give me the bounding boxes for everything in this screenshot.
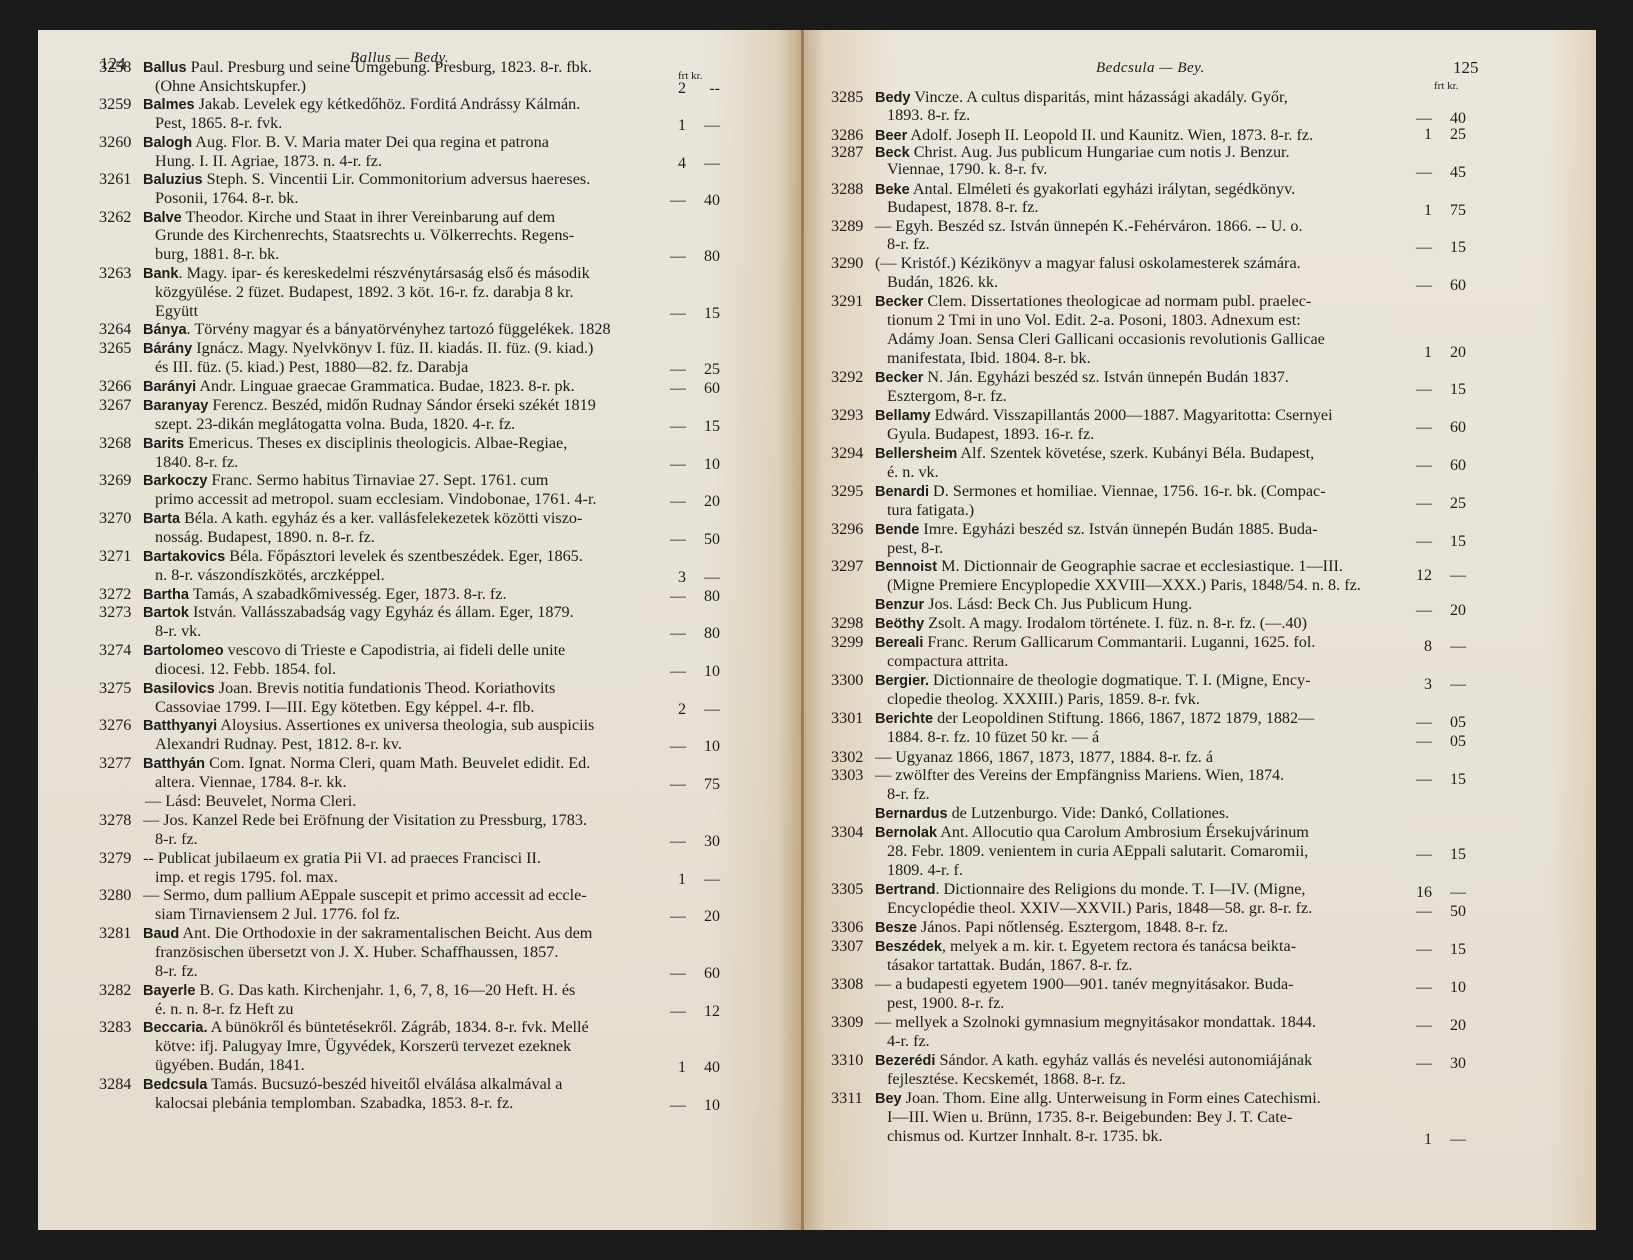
entry-text: imp. et regis 1795. fol. max. xyxy=(155,868,338,886)
price-entry: 1— xyxy=(660,117,720,135)
entry-text: siam Tirnaviensem 2 Jul. 1776. fol fz. xyxy=(155,905,400,923)
price-entry: —10 xyxy=(660,1097,720,1115)
entry-line: 3305Bertrand. Dictionnaire des Religions… xyxy=(831,880,1305,899)
entry-line: 3307Beszédek, melyek a m. kir. t. Egyete… xyxy=(831,937,1296,956)
entry-heading: Balogh xyxy=(143,135,192,151)
entry-heading: Beszédek xyxy=(875,939,942,955)
entry-heading: Bartakovics xyxy=(143,549,225,565)
price-krajcar: 25 xyxy=(1432,126,1466,144)
entry-heading: Bey xyxy=(875,1091,902,1107)
entry-text: de Lutzenburgo. Vide: Dankó, Collationes… xyxy=(948,804,1230,822)
entry-text: A bünökről és büntetésekről. Zágráb, 183… xyxy=(208,1018,589,1036)
entry-heading: Bedcsula xyxy=(143,1077,207,1093)
entry-text: kalocsai plebánia templomban. Szabadka, … xyxy=(155,1094,513,1112)
entry-text: Edwárd. Visszapillantás 2000—1887. Magya… xyxy=(931,406,1333,424)
entry-number: 3272 xyxy=(99,585,143,603)
entry-heading: Batthyanyi xyxy=(143,718,217,734)
entry-continuation: tura fatigata.) xyxy=(887,501,974,519)
entry-continuation: Posonii, 1764. 8-r. bk. xyxy=(155,189,298,207)
entry-text: chismus od. Kurtzer Innhalt. 8-r. 1735. … xyxy=(887,1127,1163,1145)
entry-line: 3259Balmes Jakab. Levelek egy kétkedőhöz… xyxy=(99,95,580,114)
entry-heading: Berichte xyxy=(875,711,933,727)
entry-line: 3296Bende Imre. Egyházi beszéd sz. Istvá… xyxy=(831,520,1318,539)
entry-line: 3311Bey Joan. Thom. Eine allg. Unterweis… xyxy=(831,1089,1321,1108)
price-entry: 8— xyxy=(1406,638,1466,656)
price-forint: — xyxy=(1406,903,1432,921)
entry-line: 3274Bartolomeo vescovo di Trieste e Capo… xyxy=(99,641,565,660)
entry-continuation: I—III. Wien u. Brünn, 1735. 8-r. Beigebu… xyxy=(887,1108,1292,1126)
price-forint: — xyxy=(1406,1055,1432,1073)
entry-heading: Bank xyxy=(143,266,178,282)
price-forint: — xyxy=(660,588,686,606)
left-page: 124 Ballus — Bedy. frt kr. 3258Ballus Pa… xyxy=(38,30,801,1230)
entry-line: 3260Balogh Aug. Flor. B. V. Maria mater … xyxy=(99,133,549,152)
price-entry: —15 xyxy=(1406,771,1466,789)
price-entry: 120 xyxy=(1406,344,1466,362)
entry-number: 3295 xyxy=(831,482,875,500)
entry-continuation: Viennae, 1790. k. 8-r. fv. xyxy=(887,160,1047,178)
price-krajcar: 45 xyxy=(1432,164,1466,182)
price-krajcar: 15 xyxy=(686,305,720,323)
entry-text: (Ohne Ansichtskupfer.) xyxy=(155,77,306,95)
entry-text: primo accessit ad metropol. suam ecclesi… xyxy=(155,490,597,508)
book-gutter xyxy=(801,30,804,1230)
entry-heading: Beer xyxy=(875,128,907,144)
entry-continuation: siam Tirnaviensem 2 Jul. 1776. fol fz. xyxy=(155,905,400,923)
price-entry: —25 xyxy=(1406,495,1466,513)
entry-continuation: — Lásd: Beuvelet, Norma Cleri. xyxy=(145,792,356,810)
entry-number: 3258 xyxy=(99,58,143,76)
price-krajcar: 10 xyxy=(686,738,720,756)
entry-line: 3273Bartok István. Vallásszabadság vagy … xyxy=(99,603,574,622)
price-entry: 2-- xyxy=(660,80,720,98)
entry-continuation: Benzur Jos. Lásd: Beck Ch. Jus Publicum … xyxy=(875,595,1192,614)
price-krajcar: 10 xyxy=(686,456,720,474)
entry-continuation: imp. et regis 1795. fol. max. xyxy=(155,868,338,886)
entry-text: Franc. Rerum Gallicarum Commantarii. Lug… xyxy=(923,633,1315,651)
price-forint: — xyxy=(1406,239,1432,257)
price-krajcar: 30 xyxy=(1432,1055,1466,1073)
entry-continuation: nosság. Budapest, 1890. n. 8-r. fz. xyxy=(155,528,375,546)
price-entry: —15 xyxy=(660,418,720,436)
entry-heading: Bartha xyxy=(143,587,189,603)
entry-text: Gyula. Budapest, 1893. 16-r. fz. xyxy=(887,425,1094,443)
entry-number: 3271 xyxy=(99,547,143,565)
entry-continuation: Alexandri Rudnay. Pest, 1812. 8-r. kv. xyxy=(155,735,402,753)
price-entry: —15 xyxy=(1406,239,1466,257)
price-forint: — xyxy=(660,361,686,379)
price-forint: 1 xyxy=(660,117,686,135)
entry-text: Ant. Allocutio qua Carolum Ambrosium Érs… xyxy=(937,823,1309,841)
price-forint: — xyxy=(660,531,686,549)
price-forint: 1 xyxy=(660,1059,686,1077)
price-krajcar: 15 xyxy=(1432,846,1466,864)
entry-continuation: fejlesztése. Kecskemét, 1868. 8-r. fz. xyxy=(887,1070,1126,1088)
entry-text: I—III. Wien u. Brünn, 1735. 8-r. Beigebu… xyxy=(887,1108,1292,1126)
entry-continuation: é. n. vk. xyxy=(887,463,939,481)
price-forint: 3 xyxy=(660,569,686,587)
entry-heading: Becker xyxy=(875,370,923,386)
entry-number: 3304 xyxy=(831,823,875,841)
entry-text: — zwölfter des Vereins der Empfängniss M… xyxy=(875,766,1284,784)
price-entry: —30 xyxy=(1406,1055,1466,1073)
entry-text: Béla. A kath. egyház és a ker. vallásfel… xyxy=(180,509,582,527)
entry-number: 3262 xyxy=(99,208,143,226)
entry-line: 3282Bayerle B. G. Das kath. Kirchenjahr.… xyxy=(99,981,575,1000)
entry-line: 3301Berichte der Leopoldinen Stiftung. 1… xyxy=(831,709,1314,728)
entry-text: 28. Febr. 1809. venientem in curia AEppa… xyxy=(887,842,1308,860)
entry-heading: Bergier. xyxy=(875,673,929,689)
price-entry: —50 xyxy=(1406,903,1466,921)
entry-text: Joan. Brevis notitia fundationis Theod. … xyxy=(215,679,556,697)
price-entry: —20 xyxy=(660,493,720,511)
price-entry: 2— xyxy=(660,701,720,719)
entry-text: 8-r. fz. xyxy=(155,962,198,980)
price-forint: — xyxy=(660,776,686,794)
price-forint: — xyxy=(1406,164,1432,182)
entry-text: nosság. Budapest, 1890. n. 8-r. fz. xyxy=(155,528,375,546)
entry-heading: Beke xyxy=(875,182,910,198)
entry-line: 3279-- Publicat jubilaeum ex gratia Pii … xyxy=(99,849,541,867)
entry-continuation: é. n. n. 8-r. fz Heft zu xyxy=(155,1000,293,1018)
price-krajcar: 05 xyxy=(1432,733,1466,751)
entry-heading: Besze xyxy=(875,920,917,936)
price-krajcar: 60 xyxy=(1432,419,1466,437)
entry-text: . Törvény magyar és a bányatörvényhez ta… xyxy=(187,320,611,338)
entry-line: 3285Bedy Vincze. A cultus disparitás, mi… xyxy=(831,88,1288,107)
price-forint: — xyxy=(660,908,686,926)
entry-continuation: és III. füz. (5. kiad.) Pest, 1880—82. f… xyxy=(155,358,468,376)
entry-text: Franc. Sermo habitus Tirnaviae 27. Sept.… xyxy=(207,471,548,489)
price-entry: —05 xyxy=(1406,733,1466,751)
entry-line: 3295Benardi D. Sermones et homiliae. Vie… xyxy=(831,482,1326,501)
price-krajcar: 20 xyxy=(1432,1017,1466,1035)
price-krajcar: 80 xyxy=(686,625,720,643)
entry-line: 3288Beke Antal. Elméleti és gyakorlati e… xyxy=(831,180,1295,199)
entry-text: Encyclopédie theol. XXIV—XXVII.) Paris, … xyxy=(887,899,1312,917)
entry-heading: Beöthy xyxy=(875,616,924,632)
price-krajcar: 10 xyxy=(686,1097,720,1115)
entry-number: 3273 xyxy=(99,603,143,621)
entry-text: , melyek a m. kir. t. Egyetem rectora és… xyxy=(942,937,1296,955)
entry-text: Com. Ignat. Norma Cleri, quam Math. Beuv… xyxy=(205,754,590,772)
entry-text: burg, 1881. 8-r. bk. xyxy=(155,245,279,263)
entry-line: 3291Becker Clem. Dissertationes theologi… xyxy=(831,292,1311,311)
entry-text: Theodor. Kirche und Staat in ihrer Verei… xyxy=(182,208,555,226)
price-krajcar: 60 xyxy=(1432,277,1466,295)
price-entry: —10 xyxy=(660,738,720,756)
entry-line: 3276Batthyanyi Aloysius. Assertiones ex … xyxy=(99,716,594,735)
entry-text: 8-r. vk. xyxy=(155,622,201,640)
entry-continuation: 28. Febr. 1809. venientem in curia AEppa… xyxy=(887,842,1308,860)
entry-line: 3298Beöthy Zsolt. A magy. Irodalom törté… xyxy=(831,614,1307,633)
price-forint: — xyxy=(1406,941,1432,959)
entry-continuation: chismus od. Kurtzer Innhalt. 8-r. 1735. … xyxy=(887,1127,1163,1145)
entry-text: Pest, 1865. 8-r. fvk. xyxy=(155,114,282,132)
price-entry: 4— xyxy=(660,155,720,173)
price-krajcar: — xyxy=(1432,1131,1466,1149)
entry-text: 8-r. fz. xyxy=(155,830,198,848)
entry-number: 3297 xyxy=(831,557,875,575)
entry-number: 3292 xyxy=(831,368,875,386)
entry-line: 3304Bernolak Ant. Allocutio qua Carolum … xyxy=(831,823,1309,842)
price-forint: — xyxy=(660,1097,686,1115)
entry-text: pest, 8-r. xyxy=(887,539,943,557)
entry-text: — Jos. Kanzel Rede bei Eröfnung der Visi… xyxy=(143,811,587,829)
entry-heading: Bezerédi xyxy=(875,1053,935,1069)
entry-line: 3264Bánya. Törvény magyar és a bányatörv… xyxy=(99,320,611,339)
entry-line: 3306Besze János. Papi nőtlenség. Eszterg… xyxy=(831,918,1228,937)
entry-text: Béla. Főpásztori levelek és szentbeszéde… xyxy=(225,547,583,565)
entry-number: 3259 xyxy=(99,95,143,113)
entry-text: — mellyek a Szolnoki gymnasium megnyitás… xyxy=(875,1013,1316,1031)
price-krajcar: 60 xyxy=(686,965,720,983)
price-forint: 4 xyxy=(660,155,686,173)
entry-text: — Egyh. Beszéd sz. István ünnepén K.-Feh… xyxy=(875,217,1303,235)
entry-text: — a budapesti egyetem 1900—901. tanév me… xyxy=(875,975,1294,993)
price-entry: —50 xyxy=(660,531,720,549)
entry-continuation: Hung. I. II. Agriae, 1873. n. 4-r. fz. xyxy=(155,152,382,170)
price-krajcar: — xyxy=(686,871,720,889)
entry-text: Budapest, 1878. 8-r. fz. xyxy=(887,198,1039,216)
entry-number: 3268 xyxy=(99,434,143,452)
entry-number: 3288 xyxy=(831,180,875,198)
price-forint: — xyxy=(660,418,686,436)
entry-text: — Sermo, dum pallium AEppale suscepit et… xyxy=(143,886,587,904)
price-entry: —10 xyxy=(660,456,720,474)
entry-continuation: französischen übersetzt von J. X. Huber.… xyxy=(155,943,558,961)
price-forint: 1 xyxy=(1406,126,1432,144)
price-forint: — xyxy=(1406,602,1432,620)
entry-number: 3263 xyxy=(99,264,143,282)
entry-text: — Lásd: Beuvelet, Norma Cleri. xyxy=(145,792,356,810)
entry-text: István. Vallásszabadság vagy Egyház és á… xyxy=(189,603,574,621)
entry-line: 3299Bereali Franc. Rerum Gallicarum Comm… xyxy=(831,633,1315,652)
entry-line: 3272Bartha Tamás, A szabadkőmivesség. Eg… xyxy=(99,585,507,604)
entry-line: 3294Bellersheim Alf. Szentek követése, s… xyxy=(831,444,1314,463)
entry-continuation: manifestata, Ibid. 1804. 8-r. bk. xyxy=(887,349,1091,367)
entry-text: — Ugyanaz 1866, 1867, 1873, 1877, 1884. … xyxy=(875,748,1213,766)
entry-line: 3284Bedcsula Tamás. Bucsuzó-beszéd hivei… xyxy=(99,1075,563,1094)
entry-heading: Bernolak xyxy=(875,825,937,841)
entry-line: 3278— Jos. Kanzel Rede bei Eröfnung der … xyxy=(99,811,587,829)
entry-number: 3267 xyxy=(99,396,143,414)
price-entry: —80 xyxy=(660,625,720,643)
entry-number: 3309 xyxy=(831,1013,875,1031)
price-krajcar: 40 xyxy=(686,1059,720,1077)
entry-continuation: ügyében. Budán, 1841. xyxy=(155,1056,305,1074)
entry-heading: Bartok xyxy=(143,605,189,621)
entry-heading: Bánya xyxy=(143,322,187,338)
entry-line: 3281Baud Ant. Die Orthodoxie in der sakr… xyxy=(99,924,592,943)
entry-line: 3262Balve Theodor. Kirche und Staat in i… xyxy=(99,208,555,227)
price-krajcar: 25 xyxy=(686,361,720,379)
entry-line: 3300Bergier. Dictionnaire de theologie d… xyxy=(831,671,1311,690)
price-entry: 3— xyxy=(660,569,720,587)
entry-text: Adámy Joan. Sensa Cleri Gallicani occasi… xyxy=(887,330,1325,348)
price-entry: —15 xyxy=(660,305,720,323)
entry-text: Dictionnaire de theologie dogmatique. T.… xyxy=(929,671,1311,689)
entry-line: 3310Bezerédi Sándor. A kath. egyház vall… xyxy=(831,1051,1312,1070)
entry-text: Hung. I. II. Agriae, 1873. n. 4-r. fz. xyxy=(155,152,382,170)
price-krajcar: 75 xyxy=(1432,202,1466,220)
price-entry: —60 xyxy=(1406,457,1466,475)
entry-text: 1840. 8-r. fz. xyxy=(155,453,238,471)
price-krajcar: 75 xyxy=(686,776,720,794)
price-entry: 175 xyxy=(1406,202,1466,220)
price-entry: —60 xyxy=(1406,277,1466,295)
entry-number: 3298 xyxy=(831,614,875,632)
entry-number: 3311 xyxy=(831,1089,875,1107)
price-forint: 8 xyxy=(1406,638,1432,656)
entry-number: 3301 xyxy=(831,709,875,727)
entry-line: 3277Batthyán Com. Ignat. Norma Cleri, qu… xyxy=(99,754,590,773)
entry-continuation: compactura attrita. xyxy=(887,652,1008,670)
price-entry: —20 xyxy=(1406,1017,1466,1035)
entry-number: 3306 xyxy=(831,918,875,936)
price-entry: —45 xyxy=(1406,164,1466,182)
entry-text: vescovo di Trieste e Capodistria, ai fid… xyxy=(224,641,566,659)
entry-text: kötve: ifj. Palugyay Imre, Ügyvédek, Kor… xyxy=(155,1037,571,1055)
entry-number: 3265 xyxy=(99,339,143,357)
entry-text: Együtt xyxy=(155,302,198,320)
entry-continuation: (Ohne Ansichtskupfer.) xyxy=(155,77,306,95)
entry-line: 3261Baluzius Steph. S. Vincentii Lir. Co… xyxy=(99,170,590,189)
entry-text: Grunde des Kirchenrechts, Staatsrechts u… xyxy=(155,226,574,244)
entry-continuation: Grunde des Kirchenrechts, Staatsrechts u… xyxy=(155,226,574,244)
entry-line: 3290(— Kristóf.) Kézikönyv a magyar falu… xyxy=(831,254,1301,272)
entry-line: 3263Bank. Magy. ipar- és kereskedelmi ré… xyxy=(99,264,590,283)
entry-number: 3289 xyxy=(831,217,875,235)
price-forint: — xyxy=(660,192,686,210)
price-krajcar: 10 xyxy=(1432,979,1466,997)
entry-continuation: 1840. 8-r. fz. xyxy=(155,453,238,471)
entry-text: (— Kristóf.) Kézikönyv a magyar falusi o… xyxy=(875,254,1301,272)
price-forint: — xyxy=(660,248,686,266)
price-krajcar: 15 xyxy=(1432,381,1466,399)
entry-line: 3303— zwölfter des Vereins der Empfängni… xyxy=(831,766,1284,784)
entry-number: 3307 xyxy=(831,937,875,955)
entry-number: 3280 xyxy=(99,886,143,904)
entry-heading: Bernardus xyxy=(875,806,948,822)
entry-text: Christ. Aug. Jus publicum Hungariae cum … xyxy=(910,143,1290,161)
price-forint: — xyxy=(1406,381,1432,399)
entry-heading: Bedy xyxy=(875,90,910,106)
entry-continuation: 8-r. fz. xyxy=(887,785,930,803)
entry-line: 3309— mellyek a Szolnoki gymnasium megny… xyxy=(831,1013,1316,1031)
entry-number: 3283 xyxy=(99,1018,143,1036)
entry-continuation: n. 8-r. vászondíszkötés, arczképpel. xyxy=(155,566,385,584)
price-forint: — xyxy=(1406,979,1432,997)
entry-line: 3308— a budapesti egyetem 1900—901. tané… xyxy=(831,975,1294,993)
entry-text: Adolf. Joseph II. Leopold II. und Kaunit… xyxy=(907,126,1313,144)
entry-text: tásakor tartattak. Budán, 1867. 8-r. fz. xyxy=(887,956,1132,974)
entry-text: tionum 2 Tmi in uno Vol. Edit. 2-a. Poso… xyxy=(887,311,1301,329)
entry-text: Vincze. A cultus disparitás, mint házass… xyxy=(910,88,1287,106)
price-krajcar: 25 xyxy=(1432,495,1466,513)
entry-line: 3265Bárány Ignácz. Magy. Nyelvkönyv I. f… xyxy=(99,339,593,358)
entry-text: Clem. Dissertationes theologicae ad norm… xyxy=(923,292,1311,310)
entry-number: 3286 xyxy=(831,126,875,144)
price-entry: 12— xyxy=(1406,567,1466,585)
entry-continuation: kalocsai plebánia templomban. Szabadka, … xyxy=(155,1094,513,1112)
price-forint: 1 xyxy=(1406,1131,1432,1149)
price-entry: 3— xyxy=(1406,676,1466,694)
entry-heading: Bartolomeo xyxy=(143,643,224,659)
entry-heading: Bennoist xyxy=(875,559,937,575)
entry-text: tura fatigata.) xyxy=(887,501,974,519)
entry-text: Aug. Flor. B. V. Maria mater Dei qua reg… xyxy=(192,133,549,151)
entry-text: Jakab. Levelek egy kétkedőhöz. Forditá A… xyxy=(195,95,581,113)
entry-number: 3294 xyxy=(831,444,875,462)
price-krajcar: — xyxy=(686,701,720,719)
entry-number: 3305 xyxy=(831,880,875,898)
entry-text: Ferencz. Beszéd, midőn Rudnay Sándor érs… xyxy=(208,396,596,414)
entry-heading: Basilovics xyxy=(143,681,215,697)
price-krajcar: 05 xyxy=(1432,714,1466,732)
entry-continuation: Bernardus de Lutzenburgo. Vide: Dankó, C… xyxy=(875,804,1229,823)
price-krajcar: 20 xyxy=(1432,602,1466,620)
entry-text: 4-r. fz. xyxy=(887,1032,930,1050)
entry-number: 3291 xyxy=(831,292,875,310)
price-krajcar: 30 xyxy=(686,833,720,851)
price-krajcar: 60 xyxy=(1432,457,1466,475)
price-entry: —20 xyxy=(1406,602,1466,620)
entry-text: Alexandri Rudnay. Pest, 1812. 8-r. kv. xyxy=(155,735,402,753)
entry-continuation: burg, 1881. 8-r. bk. xyxy=(155,245,279,263)
price-krajcar: 80 xyxy=(686,588,720,606)
entry-heading: Ballus xyxy=(143,60,187,76)
entry-line: 3280— Sermo, dum pallium AEppale suscepi… xyxy=(99,886,587,904)
entry-text: französischen übersetzt von J. X. Huber.… xyxy=(155,943,558,961)
entry-heading: Beck xyxy=(875,145,910,161)
entry-number: 3269 xyxy=(99,471,143,489)
entry-continuation: 8-r. fz. xyxy=(155,830,198,848)
price-forint: — xyxy=(1406,533,1432,551)
entry-text: Posonii, 1764. 8-r. bk. xyxy=(155,189,298,207)
entry-text: . Dictionnaire des Religions du monde. T… xyxy=(935,880,1305,898)
price-forint: 1 xyxy=(660,871,686,889)
price-krajcar: — xyxy=(1432,567,1466,585)
price-forint: 16 xyxy=(1406,884,1432,902)
entry-heading: Beccaria. xyxy=(143,1020,208,1036)
running-head: Bedcsula — Bey. xyxy=(1096,60,1205,77)
price-forint: — xyxy=(660,833,686,851)
price-krajcar: — xyxy=(686,117,720,135)
price-entry: —15 xyxy=(1406,846,1466,864)
entry-continuation: kötve: ifj. Palugyay Imre, Ügyvédek, Kor… xyxy=(155,1037,571,1055)
entry-line: 3293Bellamy Edwárd. Visszapillantás 2000… xyxy=(831,406,1333,425)
entry-continuation: Encyclopédie theol. XXIV—XXVII.) Paris, … xyxy=(887,899,1312,917)
entry-line: 3292Becker N. Ján. Egyházi beszéd sz. Is… xyxy=(831,368,1289,387)
entry-number: 3299 xyxy=(831,633,875,651)
entry-continuation: 4-r. fz. xyxy=(887,1032,930,1050)
price-forint: — xyxy=(1406,733,1432,751)
entry-number: 3302 xyxy=(831,748,875,766)
entry-continuation: clopedie theolog. XXXIII.) Paris, 1859. … xyxy=(887,690,1200,708)
entry-text: Imre. Egyházi beszéd sz. István ünnepén … xyxy=(919,520,1317,538)
entry-number: 3308 xyxy=(831,975,875,993)
entry-text: János. Papi nőtlenség. Esztergom, 1848. … xyxy=(917,918,1228,936)
entry-text: Tamás. Bucsuzó-beszéd hiveitől elválása … xyxy=(207,1075,562,1093)
entry-text: -- Publicat jubilaeum ex gratia Pii VI. … xyxy=(143,849,541,867)
entry-heading: Baluzius xyxy=(143,172,203,188)
entry-text: diocesi. 12. Febb. 1854. fol. xyxy=(155,660,336,678)
entry-continuation: Adámy Joan. Sensa Cleri Gallicani occasi… xyxy=(887,330,1325,348)
price-entry: —10 xyxy=(1406,979,1466,997)
entry-line: 3268Barits Emericus. Theses ex disciplin… xyxy=(99,434,567,453)
entry-number: 3264 xyxy=(99,320,143,338)
